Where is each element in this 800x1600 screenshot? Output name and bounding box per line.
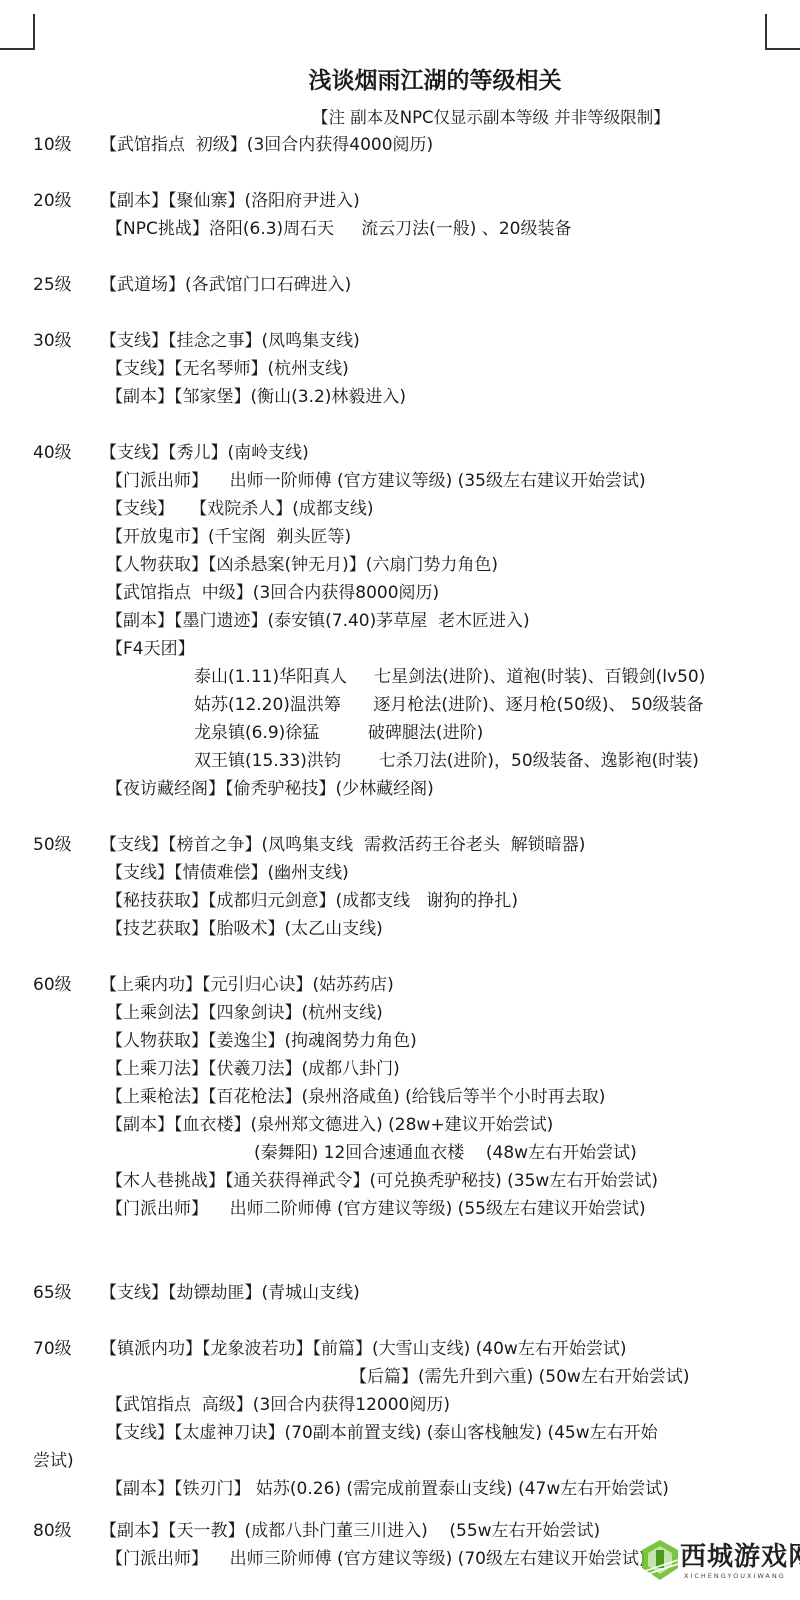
content-line: 【支线】【劫镖劫匪】(青城山支线)	[100, 1282, 360, 1304]
content-line: (秦舞阳) 12回合速通血衣楼 (48w左右开始尝试)	[254, 1142, 637, 1164]
content-line: 【副本】【邹家堡】(衡山(3.2)林毅进入)	[106, 386, 406, 408]
content-line: 【后篇】(需先升到六重) (50w左右开始尝试)	[350, 1366, 689, 1388]
content-line: 双王镇(15.33)洪钧 七杀刀法(进阶)，50级装备、逸影袍(时装)	[194, 750, 699, 772]
level-label: 25级	[33, 274, 72, 296]
content-line: 【支线】【无名琴师】(杭州支线)	[106, 358, 349, 380]
content-line: 【秘技获取】【成都归元剑意】(成都支线 谢狗的挣扎)	[106, 890, 518, 912]
watermark-logo-icon	[640, 1538, 680, 1582]
content-line: 【人物获取】【凶杀悬案(钟无月)】(六扇门势力角色)	[106, 554, 498, 576]
content-line: 【武馆指点 高级】(3回合内获得12000阅历)	[106, 1394, 450, 1416]
level-label: 10级	[33, 134, 72, 156]
content-line: 【门派出师】 出师一阶师傅 (官方建议等级) (35级左右建议开始尝试)	[106, 470, 646, 492]
watermark-name: 西城游戏网	[680, 1536, 800, 1573]
content-line: 【上乘枪法】【百花枪法】(泉州洛咸鱼) (给钱后等半个小时再去取)	[106, 1086, 605, 1108]
watermark: 西城游戏网 XICHENGYOUXIWANG	[640, 1532, 800, 1596]
content-line: 【副本】【血衣楼】(泉州郑文德进入) (28w+建议开始尝试)	[106, 1114, 553, 1136]
content-line: 【副本】【墨门遗迹】(泰安镇(7.40)茅草屋 老木匠进入)	[106, 610, 530, 632]
level-label: 65级	[33, 1282, 72, 1304]
content-line: 【门派出师】 出师三阶师傅 (官方建议等级) (70级左右建议开始尝试)	[106, 1548, 646, 1570]
content-line: 【开放鬼市】(千宝阁 剃头匠等)	[106, 526, 351, 548]
level-label: 70级	[33, 1338, 72, 1360]
content-line: 【人物获取】【姜逸尘】(拘魂阁势力角色)	[106, 1030, 417, 1052]
content-line: 【支线】【太虚神刀诀】(70副本前置支线) (泰山客栈触发) (45w左右开始	[106, 1422, 658, 1444]
content-line: 【镇派内功】【龙象波若功】【前篇】(大雪山支线) (40w左右开始尝试)	[100, 1338, 626, 1360]
content-line: 【武道场】(各武馆门口石碑进入)	[100, 274, 351, 296]
level-label: 40级	[33, 442, 72, 464]
content-line: 【副本】【聚仙寨】(洛阳府尹进入)	[100, 190, 360, 212]
crop-mark-top-right	[765, 14, 800, 50]
content-line: 【支线】【秀儿】(南岭支线)	[100, 442, 309, 464]
level-label: 30级	[33, 330, 72, 352]
content-line: 尝试)	[33, 1450, 74, 1472]
content-line: 【F4天团】	[106, 638, 195, 660]
content-line: 【木人巷挑战】【通关获得禅武令】(可兑换秃驴秘技) (35w左右开始尝试)	[106, 1170, 658, 1192]
content-line: 【副本】【天一教】(成都八卦门董三川进入) (55w左右开始尝试)	[100, 1520, 600, 1542]
content-line: 【上乘剑法】【四象剑诀】(杭州支线)	[106, 1002, 383, 1024]
content-line: 【支线】 【戏院杀人】(成都支线)	[106, 498, 373, 520]
content-line: 【NPC挑战】洛阳(6.3)周石天 流云刀法(一般) 、20级装备	[106, 218, 571, 240]
content-line: 【支线】【榜首之争】(凤鸣集支线 需救活药王谷老头 解锁暗器)	[100, 834, 585, 856]
level-label: 80级	[33, 1520, 72, 1542]
content-line: 【技艺获取】【胎吸术】(太乙山支线)	[106, 918, 383, 940]
content-line: 泰山(1.11)华阳真人 七星剑法(进阶)、道袍(时装)、百锻剑(lv50)	[194, 666, 705, 688]
content-line: 【夜访藏经阁】【偷秃驴秘技】(少林藏经阁)	[106, 778, 434, 800]
note-text: 【注 副本及NPC仅显示副本等级 并非等级限制】	[312, 104, 670, 128]
content-line: 【上乘内功】【元引归心诀】(姑苏药店)	[100, 974, 394, 996]
watermark-subtitle: XICHENGYOUXIWANG	[684, 1572, 786, 1580]
content-line: 【副本】【铁刃门】 姑苏(0.26) (需完成前置泰山支线) (47w左右开始尝…	[106, 1478, 669, 1500]
content-line: 【上乘刀法】【伏羲刀法】(成都八卦门)	[106, 1058, 400, 1080]
level-label: 50级	[33, 834, 72, 856]
content-line: 【支线】【挂念之事】(凤鸣集支线)	[100, 330, 360, 352]
content-line: 【武馆指点 中级】(3回合内获得8000阅历)	[106, 582, 439, 604]
content-line: 姑苏(12.20)温洪筹 逐月枪法(进阶)、逐月枪(50级)、 50级装备	[194, 694, 704, 716]
content-line: 【门派出师】 出师二阶师傅 (官方建议等级) (55级左右建议开始尝试)	[106, 1198, 646, 1220]
content-line: 【支线】【情债难偿】(幽州支线)	[106, 862, 349, 884]
page-title: 浅谈烟雨江湖的等级相关	[0, 62, 800, 95]
content-line: 【武馆指点 初级】(3回合内获得4000阅历)	[100, 134, 433, 156]
crop-mark-top-left	[0, 14, 35, 50]
level-label: 20级	[33, 190, 72, 212]
content-line: 龙泉镇(6.9)徐猛 破碑腿法(进阶)	[194, 722, 483, 744]
level-label: 60级	[33, 974, 72, 996]
